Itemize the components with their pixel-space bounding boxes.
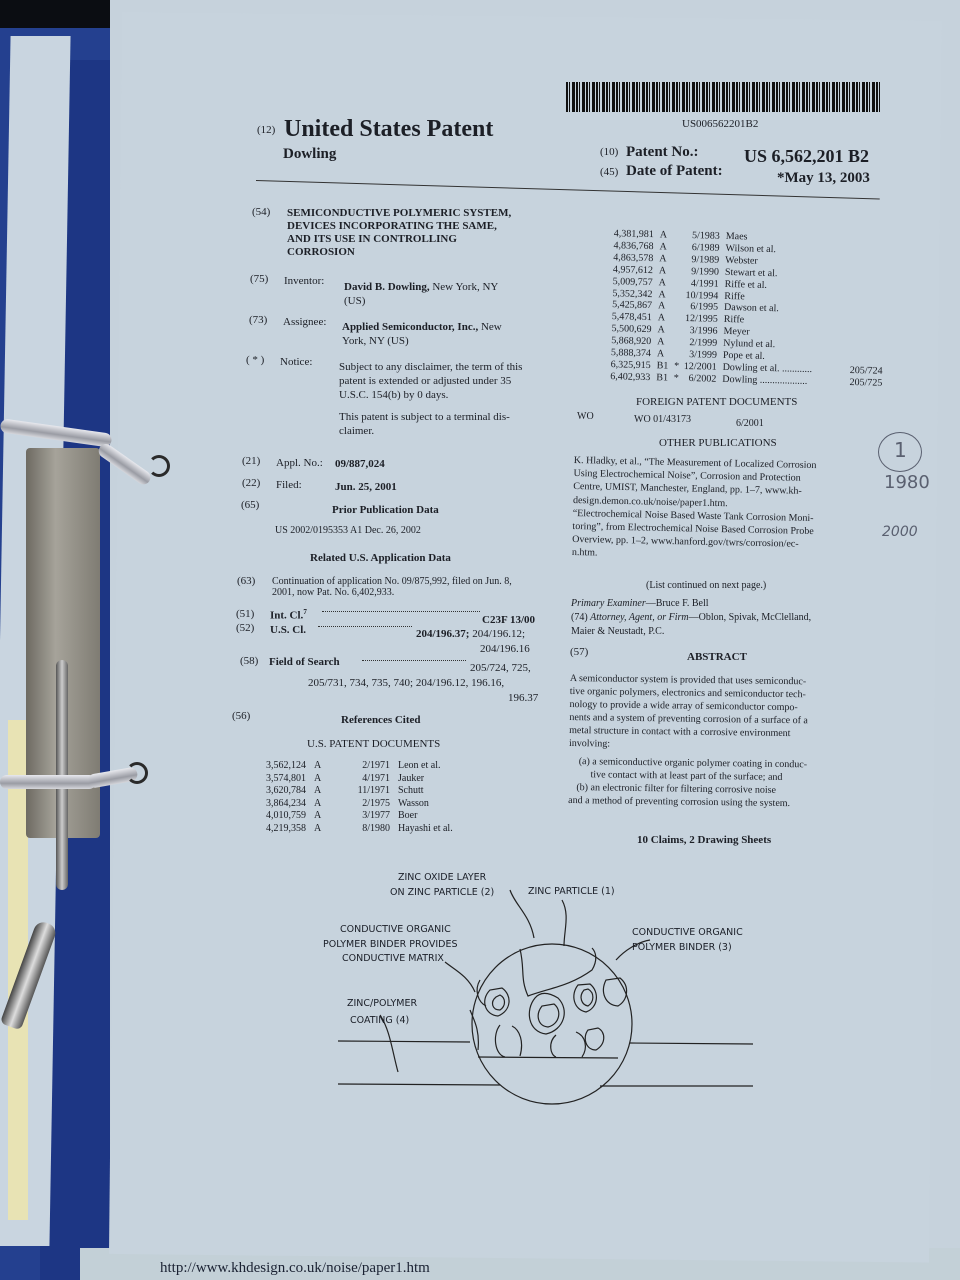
reference-no: 3,864,234 [256, 798, 306, 811]
list-continued: (List continued on next page.) [646, 580, 766, 591]
foreign-doc-date: 6/2001 [736, 418, 764, 429]
reference-star [672, 313, 684, 325]
abstract-text: A semiconductor system is provided that … [568, 672, 808, 810]
claims-summary: 10 Claims, 2 Drawing Sheets [637, 834, 771, 846]
us-cl-secondary: 204/196.12; [472, 628, 525, 640]
reference-class [844, 317, 884, 330]
binder-ring-bottom-end [126, 762, 148, 784]
reference-star [674, 230, 686, 242]
primary-examiner: Primary Examiner—Bruce F. Bell [571, 598, 709, 609]
reference-no: 4,010,759 [256, 810, 306, 823]
label-matrix: CONDUCTIVE ORGANIC [340, 924, 451, 935]
reference-date: 2/1975 [328, 798, 390, 811]
reference-class [846, 234, 886, 247]
title-line: DEVICES INCORPORATING THE SAME, [287, 220, 511, 233]
reference-kind: A [306, 785, 328, 798]
handwritten-number: 1 [894, 438, 907, 462]
reference-class [843, 341, 883, 354]
prior-pub-heading: Prior Publication Data [332, 504, 439, 516]
reference-kind: A [653, 253, 673, 265]
continuation-line: 2001, now Pat. No. 6,402,933. [272, 587, 512, 598]
reference-date: 12/1995 [684, 313, 718, 326]
reference-class [845, 270, 885, 283]
inventor-short: Dowling [283, 146, 336, 163]
attorney-label: Attorney, Agent, or Firm [590, 612, 688, 623]
us-docs-heading: U.S. PATENT DOCUMENTS [307, 738, 440, 750]
terminal-disclaimer-line: This patent is subject to a terminal dis… [339, 410, 522, 424]
foreign-doc-number: WO 01/43173 [634, 414, 691, 425]
reference-no: 3,562,124 [256, 760, 306, 773]
reference-kind: A [652, 301, 672, 313]
reference-star: * [670, 361, 682, 373]
reference-date: 3/1977 [328, 810, 390, 823]
us-patent-references-right: 4,381,981A5/1983Maes4,836,768A6/1989Wils… [602, 228, 886, 390]
assignee-location: New [481, 321, 502, 333]
reference-no: 3,574,801 [256, 773, 306, 786]
reference-kind: A [306, 810, 328, 823]
filed-code: (22) [242, 477, 260, 489]
us-cl-value: 204/196.37; 204/196.12; [416, 628, 525, 640]
appl-number: 09/887,024 [335, 458, 385, 470]
notice-line: Subject to any disclaimer, the term of t… [339, 360, 522, 374]
reference-row: 4,219,358A8/1980Hayashi et al. [256, 823, 498, 836]
int-cl-value: C23F 13/00 [482, 614, 535, 626]
reference-row: 3,574,801A4/1971Jauker [256, 773, 498, 786]
reference-star [671, 349, 683, 361]
notice-line: U.S.C. 154(b) by 0 days. [339, 388, 522, 402]
reference-kind: A [306, 798, 328, 811]
assignee-field: Applied Semiconductor, Inc., New York, N… [342, 320, 502, 348]
reference-class [845, 246, 885, 259]
reference-star [672, 289, 684, 301]
attorney-firm: —Oblon, Spivak, McClelland, [689, 612, 812, 623]
reference-kind: A [653, 241, 673, 253]
reference-name: Jauker [390, 773, 498, 786]
reference-date: 11/1971 [328, 785, 390, 798]
patent-date: *May 13, 2003 [777, 170, 870, 187]
reference-class [843, 353, 883, 366]
reference-kind: A [651, 336, 671, 348]
us-cl-leader [318, 626, 412, 627]
prior-pub-code: (65) [241, 499, 259, 511]
assignee-code: (73) [249, 314, 267, 326]
other-publications: K. Hladky, et al., “The Measurement of L… [572, 454, 817, 565]
reference-date: 4/1971 [328, 773, 390, 786]
reference-date: 3/1999 [683, 349, 717, 362]
underlying-page-url: http://www.khdesign.co.uk/noise/paper1.h… [160, 1260, 430, 1277]
reference-kind: A [306, 823, 328, 836]
appl-label: Appl. No.: [276, 457, 323, 469]
reference-date: 6/1995 [684, 301, 718, 314]
us-cl-code: (52) [236, 622, 254, 634]
date-code: (45) [600, 166, 618, 178]
reference-kind: B1 [650, 360, 670, 372]
search-code: (58) [240, 655, 258, 667]
reference-class [844, 293, 884, 306]
inventor-name: David B. Dowling, [344, 281, 430, 293]
attorney-firm-2: Maier & Neustadt, P.C. [571, 626, 664, 637]
label-zinc-oxide: ZINC OXIDE LAYER [398, 872, 487, 883]
reference-kind: A [653, 265, 673, 277]
barcode [566, 82, 882, 112]
label-matrix-2: POLYMER BINDER PROVIDES [323, 939, 458, 950]
barcode-text: US006562201B2 [682, 118, 758, 130]
reference-class [843, 329, 883, 342]
kind-code: (12) [257, 124, 275, 136]
inventor-code: (75) [250, 273, 268, 285]
inventor-location: New York, NY [432, 281, 498, 293]
continuation-line: Continuation of application No. 09/875,9… [272, 576, 512, 587]
patent-number: US 6,562,201 B2 [744, 146, 869, 167]
search-value-3: 196.37 [508, 692, 538, 704]
reference-kind: A [652, 312, 672, 324]
reference-star [671, 337, 683, 349]
reference-star [673, 265, 685, 277]
int-cl-label-text: Int. Cl. [270, 610, 303, 622]
int-cl-label: Int. Cl.7 [270, 608, 307, 622]
reference-star [672, 301, 684, 313]
label-binder-2: POLYMER BINDER (3) [632, 942, 732, 953]
reference-kind: B1 [650, 372, 670, 384]
examiner-name: —Bruce F. Bell [646, 598, 709, 609]
us-cl-value-2: 204/196.16 [480, 643, 530, 655]
reference-row: 3,562,124A2/1971Leon et al. [256, 760, 498, 773]
attorney: (74) Attorney, Agent, or Firm—Oblon, Spi… [571, 612, 811, 623]
refs-code: (56) [232, 710, 250, 722]
title-line: SEMICONDUCTIVE POLYMERIC SYSTEM, [287, 207, 511, 220]
us-cl-primary: 204/196.37; [416, 628, 469, 640]
foreign-doc-country: WO [577, 411, 594, 422]
int-cl-leader [322, 611, 480, 612]
reference-date: 6/2002 [682, 373, 716, 386]
other-pubs-heading: OTHER PUBLICATIONS [659, 437, 777, 449]
inventor-label: Inventor: [284, 275, 324, 287]
search-leader [362, 660, 466, 661]
reference-star [671, 325, 683, 337]
reference-date: 3/1996 [683, 325, 717, 338]
reference-kind: A [653, 277, 673, 289]
reference-class [844, 305, 884, 318]
notice-code: ( * ) [246, 354, 264, 366]
abstract-heading: ABSTRACT [687, 651, 747, 663]
label-zinc-particle: ZINC PARTICLE (1) [528, 886, 615, 897]
reference-star: * [670, 372, 682, 384]
binder-ring-top-end [148, 455, 170, 477]
patent-no-code: (10) [600, 146, 618, 158]
reference-kind: A [654, 229, 674, 241]
handwritten-year-1980: 1980 [884, 472, 930, 493]
references-cited-heading: References Cited [341, 714, 421, 726]
reference-kind: A [651, 348, 671, 360]
reference-date: 6/1989 [685, 242, 719, 255]
continuation-text: Continuation of application No. 09/875,9… [272, 576, 512, 598]
title-code: (54) [252, 206, 270, 218]
reference-date: 4/1991 [685, 278, 719, 291]
invention-title: SEMICONDUCTIVE POLYMERIC SYSTEM, DEVICES… [287, 207, 511, 259]
foreign-docs-heading: FOREIGN PATENT DOCUMENTS [636, 396, 797, 408]
reference-date: 9/1989 [685, 254, 719, 267]
reference-kind: A [306, 773, 328, 786]
reference-date: 12/2001 [682, 361, 716, 374]
reference-name: Schutt [390, 785, 498, 798]
reference-date: 2/1971 [328, 760, 390, 773]
title-line: AND ITS USE IN CONTROLLING [287, 233, 511, 246]
inventor-country: (US) [344, 294, 498, 308]
label-binder: CONDUCTIVE ORGANIC [632, 927, 743, 938]
title-line: CORROSION [287, 246, 511, 259]
int-cl-edition: 7 [303, 608, 307, 616]
attorney-code: (74) [571, 612, 588, 623]
reference-star [673, 253, 685, 265]
document-title: United States Patent [284, 116, 493, 143]
reference-row: 3,620,784A11/1971Schutt [256, 785, 498, 798]
reference-name: Leon et al. [390, 760, 498, 773]
label-coating: ZINC/POLYMER [347, 998, 417, 1009]
reference-row: 4,010,759A3/1977Boer [256, 810, 498, 823]
reference-kind: A [652, 289, 672, 301]
reference-star [673, 242, 685, 254]
reference-no: 4,219,358 [256, 823, 306, 836]
assignee-name: Applied Semiconductor, Inc., [342, 321, 478, 333]
reference-no: 3,620,784 [256, 785, 306, 798]
handwritten-year-2000: 2000 [882, 524, 918, 540]
filed-date: Jun. 25, 2001 [335, 481, 397, 493]
field-of-search-label: Field of Search [269, 656, 340, 668]
continuation-code: (63) [237, 575, 255, 587]
notice-line: patent is extended or adjusted under 35 [339, 374, 522, 388]
reference-date: 2/1999 [683, 337, 717, 350]
reference-name: Hayashi et al. [390, 823, 498, 836]
date-label: Date of Patent: [626, 163, 723, 180]
notice-text: Subject to any disclaimer, the term of t… [339, 360, 522, 438]
notice-label: Notice: [280, 356, 312, 368]
reference-name: Boer [390, 810, 498, 823]
label-zinc-oxide-2: ON ZINC PARTICLE (2) [390, 887, 494, 898]
us-cl-label: U.S. Cl. [270, 624, 306, 636]
int-cl-code: (51) [236, 608, 254, 620]
related-app-heading: Related U.S. Application Data [310, 552, 451, 564]
assignee-location-2: York, NY (US) [342, 334, 502, 348]
abstract-code: (57) [570, 646, 588, 658]
reference-date: 8/1980 [328, 823, 390, 836]
reference-date: 5/1983 [686, 230, 720, 243]
reference-class [844, 281, 884, 294]
reference-kind: A [651, 324, 671, 336]
representative-drawing: ZINC OXIDE LAYER ON ZINC PARTICLE (2) ZI… [320, 860, 760, 1110]
examiner-label: Primary Examiner [571, 598, 646, 609]
search-value-2: 205/731, 734, 735, 740; 204/196.12, 196.… [308, 677, 504, 689]
reference-kind: A [306, 760, 328, 773]
filed-label: Filed: [276, 479, 302, 491]
reference-no: 6,402,933 [602, 371, 650, 384]
inventor-field: David B. Dowling, New York, NY (US) [344, 280, 498, 308]
reference-star [673, 277, 685, 289]
patent-no-label: Patent No.: [626, 144, 698, 161]
reference-date: 10/1994 [684, 289, 718, 302]
appl-code: (21) [242, 455, 260, 467]
reference-date: 9/1990 [685, 266, 719, 279]
reference-row: 3,864,234A2/1975Wasson [256, 798, 498, 811]
assignee-label: Assignee: [283, 316, 326, 328]
search-value-1: 205/724, 725, [470, 662, 531, 674]
us-patent-references-left: 3,562,124A2/1971Leon et al.3,574,801A4/1… [256, 760, 498, 836]
label-matrix-3: CONDUCTIVE MATRIX [342, 953, 444, 964]
prior-pub-value: US 2002/0195353 A1 Dec. 26, 2002 [275, 525, 421, 536]
reference-class: 205/725 [842, 377, 882, 390]
reference-class [845, 258, 885, 271]
binder-ring-bottom[interactable] [0, 775, 96, 789]
terminal-disclaimer-line: claimer. [339, 424, 522, 438]
label-coating-2: COATING (4) [350, 1015, 409, 1026]
reference-name: Wasson [390, 798, 498, 811]
reference-class: 205/724 [842, 365, 882, 378]
